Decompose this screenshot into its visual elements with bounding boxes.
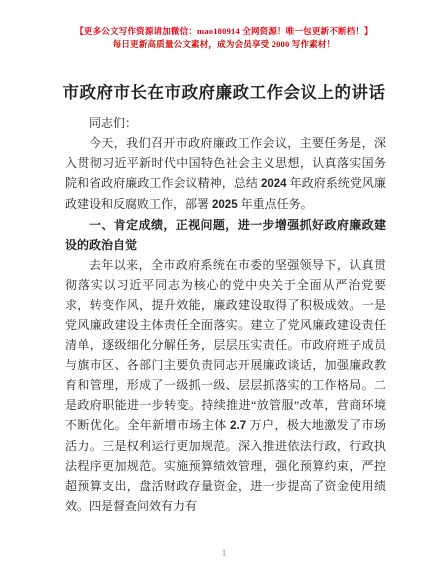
text-run: 去年以来，全市政府系统在市委的坚强领导下，认真贯彻落实以习近平同志为核心的党中央… <box>65 258 386 432</box>
text-run: 同志们： <box>89 116 137 130</box>
body-paragraph: 同志们： <box>65 113 386 133</box>
text-run: 万户，极大地激发了市场活力。三是权利运行更加规范。深入推进依法行政，行政执法程序… <box>65 418 386 513</box>
text-run: 一、肯定成绩，正视问题，进一步增强抓好政府廉政建设的政治自觉 <box>65 218 386 252</box>
document-body: 同志们：今天，我们召开市政府廉政工作会议，主要任务是，深入贯彻习近平新时代中国特… <box>0 113 448 516</box>
text-run: 年重点任务。 <box>238 197 313 211</box>
promo-header-line1: 【更多公文写作资源请加微信：mao180914 全网资源！唯一包更新不断档！】 <box>0 25 448 38</box>
emphasized-number: 2.7 <box>230 420 246 432</box>
emphasized-number: 2024 <box>261 178 287 190</box>
promo-header: 【更多公文写作资源请加微信：mao180914 全网资源！唯一包更新不断档！】 … <box>0 0 448 51</box>
page-number: 1 <box>0 548 448 558</box>
body-paragraph: 今天，我们召开市政府廉政工作会议，主要任务是，深入贯彻习近平新时代中国特色社会主… <box>65 133 386 215</box>
document-page: 【更多公文写作资源请加微信：mao180914 全网资源！唯一包更新不断档！】 … <box>0 0 448 580</box>
document-title: 市政府市长在市政府廉政工作会议上的讲话 <box>0 82 448 104</box>
emphasized-number: 2025 <box>212 199 238 211</box>
body-paragraph: 去年以来，全市政府系统在市委的坚强领导下，认真贯彻落实以习近平同志为核心的党中央… <box>65 255 386 516</box>
section-heading: 一、肯定成绩，正视问题，进一步增强抓好政府廉政建设的政治自觉 <box>65 215 386 255</box>
promo-header-line2: 每日更新高质量公文素材，成为会员享受 2000 写作素材！ <box>0 38 448 51</box>
